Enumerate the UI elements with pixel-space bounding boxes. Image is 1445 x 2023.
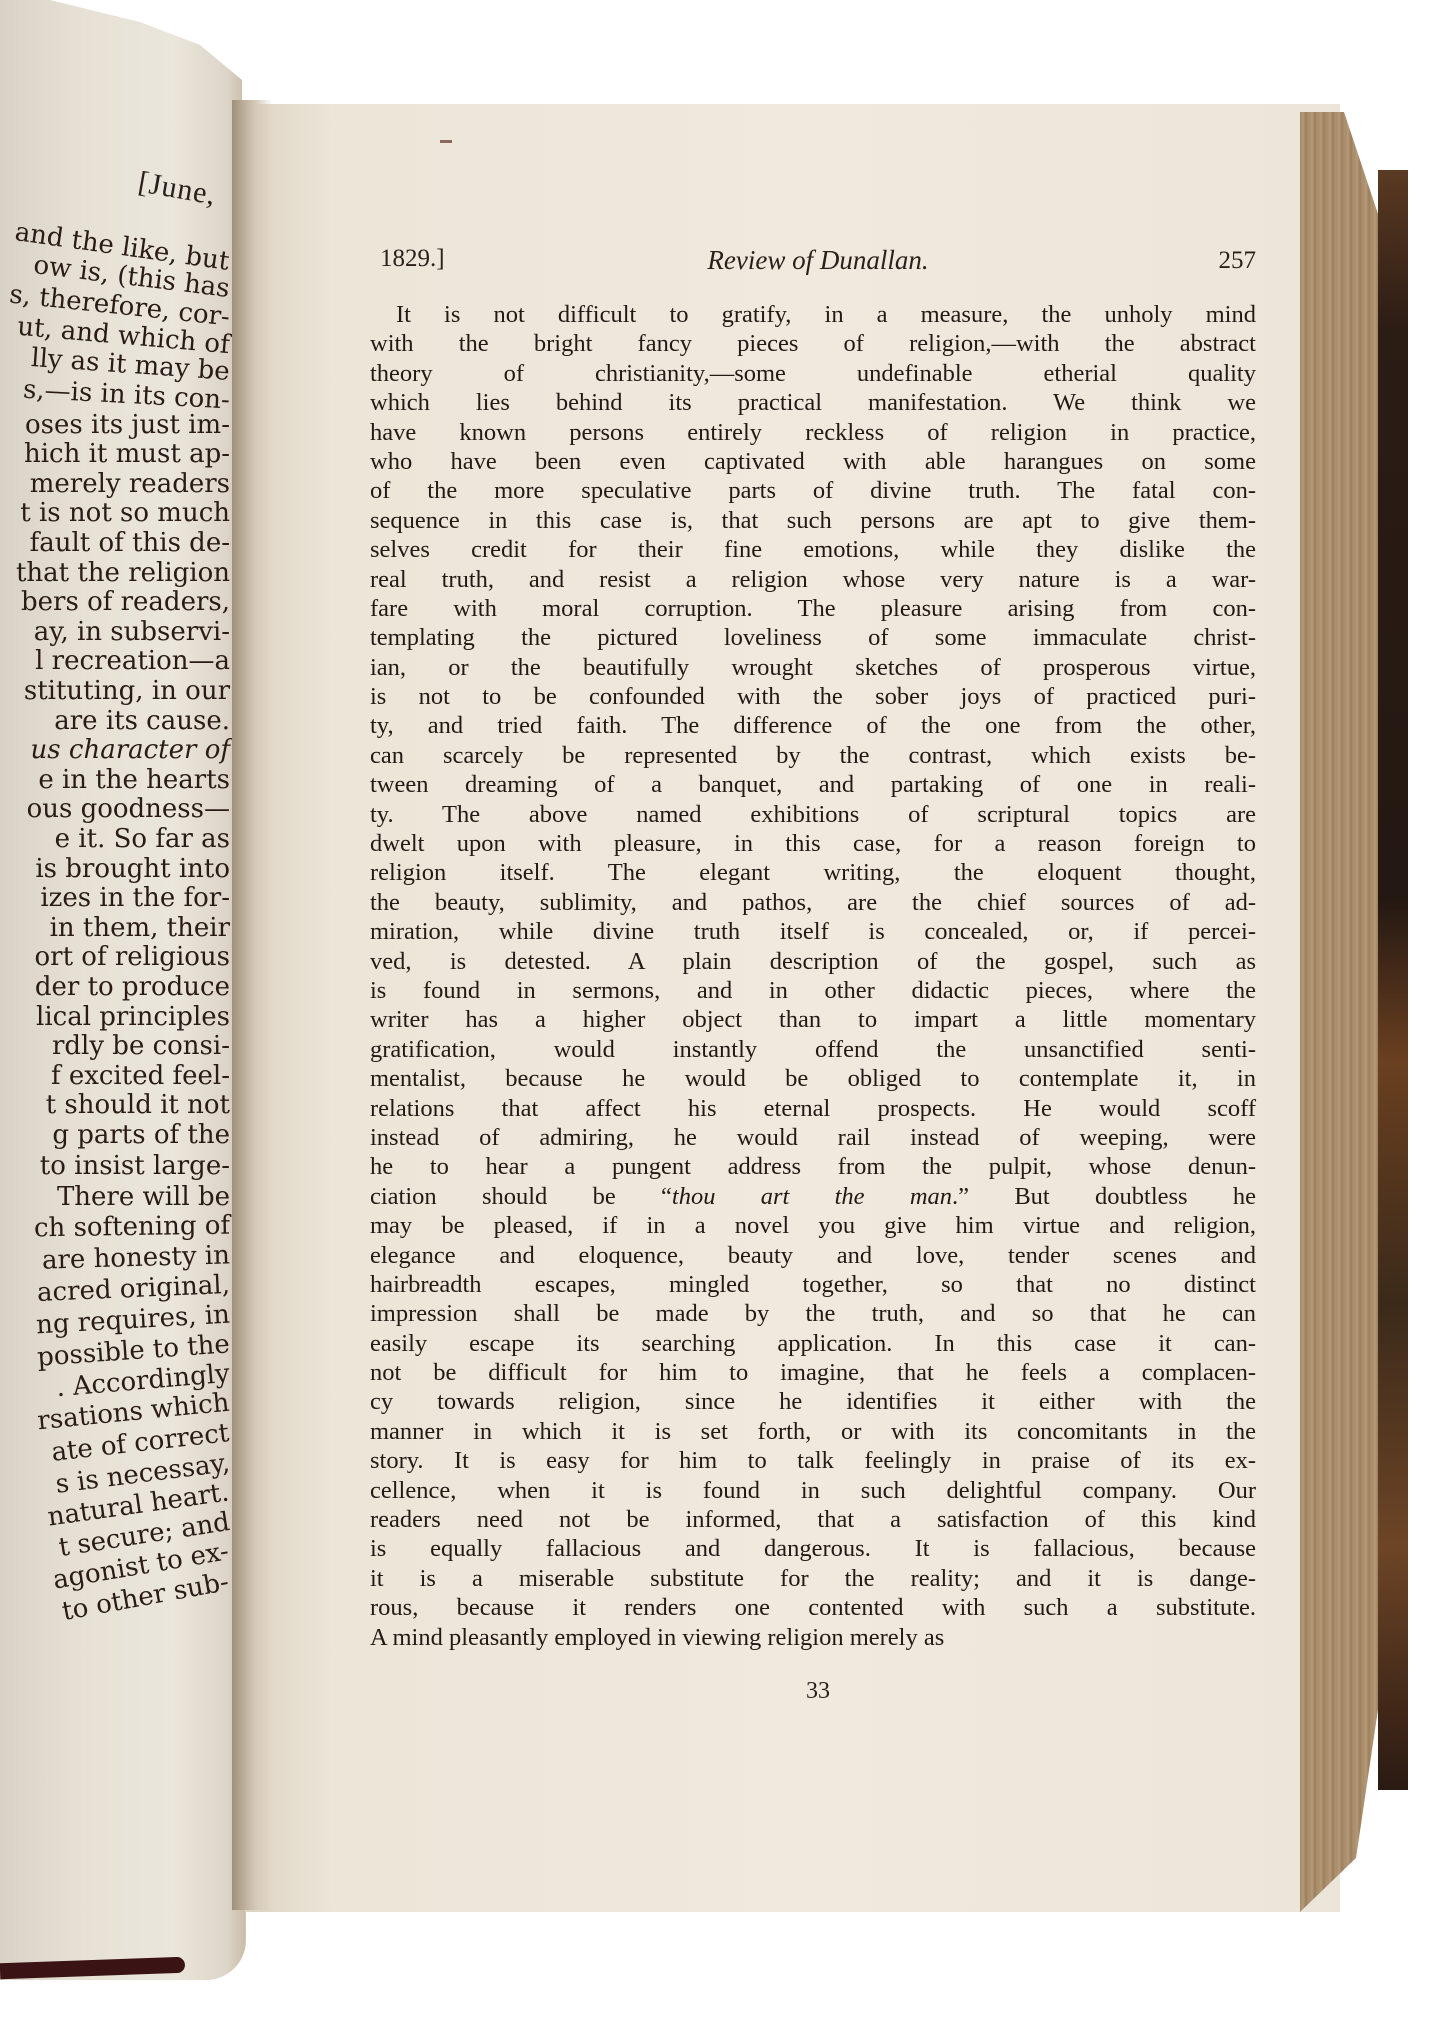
text-line: theory of christianity,—some undefinable… — [370, 359, 1256, 388]
text-line: it is a miserable substitute for the rea… — [370, 1564, 1256, 1593]
text-line: which lies behind its practical manifest… — [370, 388, 1256, 417]
text-line: It is not difficult to gratify, in a mea… — [370, 300, 1256, 329]
text-line: ian, or the beautifully wrought sketches… — [370, 653, 1256, 682]
text-line: ty. The above named exhibitions of scrip… — [370, 800, 1256, 829]
left-text-line: are its cause. — [54, 706, 230, 736]
text-line: relations that affect his eternal prospe… — [370, 1094, 1256, 1123]
text-line: elegance and eloquence, beauty and love,… — [370, 1241, 1256, 1270]
text-line: instead of admiring, he would rail inste… — [370, 1123, 1256, 1152]
text-line: fare with moral corruption. The pleasure… — [370, 594, 1256, 623]
left-text-line: in them, their — [50, 913, 230, 943]
text-line: is found in sermons, and in other didact… — [370, 976, 1256, 1005]
running-header: 1829.] Review of Dunallan. 257 — [380, 245, 1256, 285]
left-text-line: that the religion — [16, 558, 230, 588]
text-line: cy towards religion, since he identifies… — [370, 1387, 1256, 1416]
left-text-line: t is not so much — [20, 498, 230, 528]
left-text-line: hich it must ap- — [24, 439, 230, 469]
left-text-line: lical principles — [36, 1002, 230, 1032]
left-text-line: There will be — [57, 1182, 230, 1212]
printer-mark — [440, 140, 452, 143]
left-text-line: l recreation—a — [35, 646, 230, 676]
text-line: tween dreaming of a banquet, and partaki… — [370, 770, 1256, 799]
text-line: is not to be confounded with the sober j… — [370, 682, 1256, 711]
left-text-line: merely readers — [30, 469, 230, 499]
signature-mark: 33 — [380, 1678, 1256, 1705]
text-line: miration, while divine truth itself is c… — [370, 917, 1256, 946]
text-line: may be pleased, if in a novel you give h… — [370, 1211, 1256, 1240]
left-text-line: der to produce — [35, 972, 230, 1002]
text-line: hairbreadth escapes, mingled together, s… — [370, 1270, 1256, 1299]
text-line: religion itself. The elegant writing, th… — [370, 858, 1256, 887]
text-line: ved, is detested. A plain description of… — [370, 947, 1256, 976]
text-line: not be difficult for him to imagine, tha… — [370, 1358, 1256, 1387]
left-text-line: us character of — [31, 735, 230, 765]
text-line: impression shall be made by the truth, a… — [370, 1299, 1256, 1328]
left-text-line: fault of this de- — [30, 528, 230, 558]
text-line: templating the pictured loveliness of so… — [370, 623, 1256, 652]
text-line: readers need not be informed, that a sat… — [370, 1505, 1256, 1534]
left-text-line: bers of readers, — [21, 587, 230, 617]
text-line: he to hear a pungent address from the pu… — [370, 1152, 1256, 1181]
body-text: It is not difficult to gratify, in a mea… — [370, 300, 1256, 1652]
left-text-line: stituting, in our — [24, 676, 230, 706]
left-text-line: e in the hearts — [38, 765, 230, 795]
text-line: sequence in this case is, that such pers… — [370, 506, 1256, 535]
text-line: cellence, when it is found in such delig… — [370, 1476, 1256, 1505]
left-text-line: ous goodness— — [27, 794, 230, 824]
left-text-line: g parts of the — [52, 1120, 230, 1150]
text-line: ciation should be “thou art the man.” Bu… — [370, 1182, 1256, 1211]
text-line: the beauty, sublimity, and pathos, are t… — [370, 888, 1256, 917]
text-line: easily escape its searching application.… — [370, 1329, 1256, 1358]
gutter-shadow — [232, 100, 272, 1910]
text-line: mentalist, because he would be obliged t… — [370, 1064, 1256, 1093]
text-line: can scarcely be represented by the contr… — [370, 741, 1256, 770]
text-line: is equally fallacious and dangerous. It … — [370, 1534, 1256, 1563]
left-text-line: is brought into — [35, 854, 230, 884]
text-line: who have been even captivated with able … — [370, 447, 1256, 476]
left-text-line: oses its just im- — [25, 410, 230, 440]
text-line: of the more speculative parts of divine … — [370, 476, 1256, 505]
left-text-line: to insist large- — [40, 1151, 230, 1181]
left-text-line: rdly be consi- — [52, 1031, 230, 1061]
left-text-line: ort of religious — [35, 942, 230, 972]
left-text-line: e it. So far as — [55, 824, 230, 854]
left-text-line: t should it not — [46, 1090, 230, 1120]
text-line: A mind pleasantly employed in viewing re… — [370, 1623, 1256, 1652]
left-page: [June, and the like, butow is, (this has… — [0, 0, 246, 1980]
page-number: 257 — [1219, 247, 1257, 275]
text-line: manner in which it is set forth, or with… — [370, 1417, 1256, 1446]
text-line: ty, and tried faith. The difference of t… — [370, 711, 1256, 740]
text-line: rous, because it renders one contented w… — [370, 1593, 1256, 1622]
book-cover-edge — [1378, 170, 1408, 1790]
text-line: gratification, would instantly offend th… — [370, 1035, 1256, 1064]
text-line: real truth, and resist a religion whose … — [370, 565, 1256, 594]
page-fore-edge — [1300, 112, 1380, 1912]
left-running-head: [June, — [136, 165, 219, 212]
text-line: with the bright fancy pieces of religion… — [370, 329, 1256, 358]
left-text-line: ay, in subservi- — [34, 617, 230, 647]
text-line: have known persons entirely reckless of … — [370, 418, 1256, 447]
left-text-line: f excited feel- — [51, 1061, 230, 1091]
header-title: Review of Dunallan. — [380, 245, 1256, 276]
left-text-line: izes in the for- — [40, 883, 230, 913]
text-line: story. It is easy for him to talk feelin… — [370, 1446, 1256, 1475]
text-line: selves credit for their fine emotions, w… — [370, 535, 1256, 564]
text-line: dwelt upon with pleasure, in this case, … — [370, 829, 1256, 858]
text-line: writer has a higher object than to impar… — [370, 1005, 1256, 1034]
left-text-line: ch softening of — [34, 1211, 230, 1244]
